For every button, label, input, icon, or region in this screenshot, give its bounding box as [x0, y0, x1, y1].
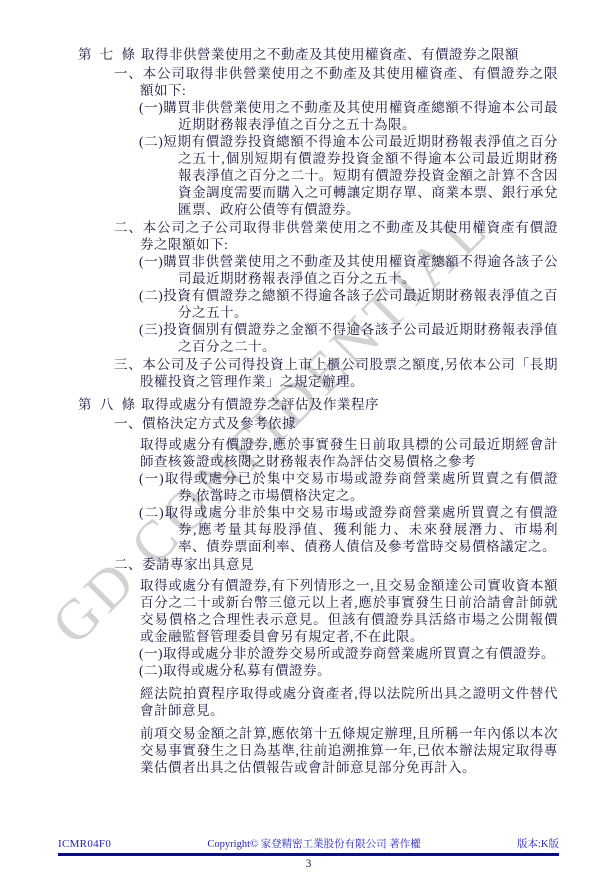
clause-item: 一、本公司取得非供營業使用之不動產及其使用權資產、有價證券之限額如下:: [78, 65, 558, 99]
subitem-label: (三): [139, 322, 163, 337]
article-title: 取得或處分有價證券之評估及作業程序: [141, 396, 558, 413]
clause-subitem: (二)取得或處分非於集中交易市場或證券商營業處所買賣之有價證券,應考量其每股淨值…: [78, 504, 558, 555]
subitem-label: (二): [139, 505, 164, 520]
article-number: 第七條: [78, 46, 135, 63]
page-footer: ICMR04F0 Copyright© 家登精密工業股份有限公司 著作權 版本:…: [58, 838, 559, 870]
item-label: 一、: [114, 416, 142, 431]
subitem-label: (一): [139, 646, 163, 661]
document-body: 第七條取得非供營業使用之不動產及其使用權資產、有價證券之限額一、本公司取得非供營…: [78, 46, 558, 776]
item-label: 三、: [114, 357, 142, 372]
copyright-notice: Copyright© 家登精密工業股份有限公司 著作權: [207, 838, 420, 851]
clause-paragraph: 取得或處分有價證券,有下列情形之一,且交易金額達公司實收資本額百分之二十或新台幣…: [140, 577, 558, 645]
clause-paragraph: 經法院拍賣程序取得或處分資產者,得以法院所出具之證明文件替代會計師意見。: [140, 685, 558, 719]
clause-subitem: (三)投資個別有價證券之金額不得逾各該子公司最近期財務報表淨值之百分之二十。: [78, 321, 558, 355]
item-label: 二、: [114, 220, 143, 235]
subitem-label: (二): [139, 288, 163, 303]
page-number: 3: [58, 858, 559, 870]
subitem-label: (一): [139, 254, 163, 269]
clause-item: 一、價格決定方式及參考依據: [78, 415, 558, 432]
clause-subitem: (二)投資有價證券之總額不得逾各該子公司最近期財務報表淨值之百分之五十。: [78, 287, 558, 321]
clause-subitem: (一)購買非供營業使用之不動產及其使用權資產總額不得逾本公司最近期財務報表淨值之…: [78, 99, 558, 133]
footer-row: ICMR04F0 Copyright© 家登精密工業股份有限公司 著作權 版本:…: [58, 838, 559, 851]
clause-subitem: (二)取得或處分私募有價證券。: [78, 662, 558, 679]
clause-item: 三、本公司及子公司得投資上市上櫃公司股票之額度,另依本公司「長期股權投資之管理作…: [78, 356, 558, 390]
article-title: 取得非供營業使用之不動產及其使用權資產、有價證券之限額: [141, 46, 558, 63]
subitem-label: (一): [139, 471, 164, 486]
clause-item: 二、委請專家出具意見: [78, 556, 558, 573]
clause-subitem: (一)取得或處分已於集中交易市場或證券商營業處所買賣之有價證券,依當時之市場價格…: [78, 470, 558, 504]
article: 第七條取得非供營業使用之不動產及其使用權資產、有價證券之限額一、本公司取得非供營…: [78, 46, 558, 390]
footer-rule: [58, 853, 559, 856]
clause-item: 二、本公司之子公司取得非供營業使用之不動產及其使用權資產有價證券之限額如下:: [78, 219, 558, 253]
clause-subitem: (二)短期有價證券投資總額不得逾本公司最近期財務報表淨值之百分之五十,個別短期有…: [78, 133, 558, 218]
subitem-label: (二): [139, 134, 163, 149]
article: 第八條取得或處分有價證券之評估及作業程序一、價格決定方式及參考依據取得或處分有價…: [78, 396, 558, 776]
clause-paragraph: 取得或處分有價證券,應於事實發生日前取具標的公司最近期經會計師查核簽證或核閱之財…: [140, 436, 558, 470]
subitem-label: (一): [139, 100, 163, 115]
version-label: 版本:K版: [517, 838, 559, 851]
article-heading: 第七條取得非供營業使用之不動產及其使用權資產、有價證券之限額: [78, 46, 558, 63]
clause-subitem: (一)購買非供營業使用之不動產及其使用權資產總額不得逾各該子公司最近期財務報表淨…: [78, 253, 558, 287]
clause-subitem: (一)取得或處分非於證券交易所或證券商營業處所買賣之有價證券。: [78, 645, 558, 662]
article-heading: 第八條取得或處分有價證券之評估及作業程序: [78, 396, 558, 413]
item-label: 一、: [114, 66, 143, 81]
article-number: 第八條: [78, 396, 135, 413]
clause-paragraph: 前項交易金額之計算,應依第十五條規定辦理,且所稱一年內係以本次交易事實發生之日為…: [140, 725, 558, 776]
document-code: ICMR04F0: [58, 838, 111, 851]
document-page: GD CONFIDENTIAL 第七條取得非供營業使用之不動產及其使用權資產、有…: [0, 0, 614, 876]
item-label: 二、: [114, 557, 142, 572]
subitem-label: (二): [139, 663, 163, 678]
